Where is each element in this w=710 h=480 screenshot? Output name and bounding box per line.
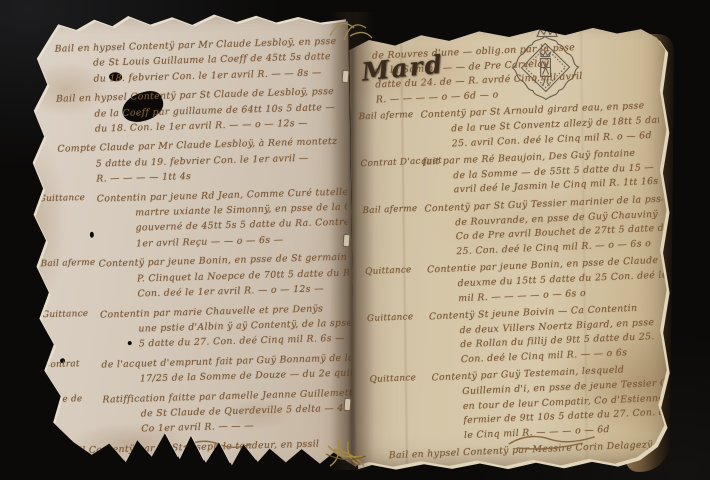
entry-margin-label: teste de xyxy=(44,393,102,405)
entry-margin-label: Guittance xyxy=(367,312,425,324)
binding-thread-tuft xyxy=(308,432,384,478)
register-entry: Bail afermeContentÿ par St Guÿ Tessier m… xyxy=(362,193,664,264)
entry-margin-label: Bail aferme xyxy=(358,110,416,122)
ink-flourish xyxy=(181,437,255,452)
left-page: Bail en hypsel Contentÿ par Mr Claude Le… xyxy=(26,11,356,473)
register-entry: GuittanceContentin par marie Chauvelle e… xyxy=(42,300,351,355)
entry-margin-label: Bail aferme xyxy=(41,258,99,270)
entry-margin-label: Contrat xyxy=(43,358,101,370)
entry-margin-label: Quittance xyxy=(365,265,423,277)
register-entry: Bail en hypsel Contentÿ par St Claude de… xyxy=(36,84,345,139)
entry-margin-label: Quittance xyxy=(369,373,427,385)
register-entry: Compte Claude par Mr Claude Lesbloÿ, à R… xyxy=(37,134,346,189)
register-entry: Bail en hypsel Contentÿ par Mr Claude Le… xyxy=(34,34,343,89)
right-page: Mard de Rouvres d'une — oblig.on par la … xyxy=(349,20,673,472)
binding-thread-tuft xyxy=(322,2,378,44)
entry-margin-label: Bail aferme xyxy=(362,204,420,216)
left-page-entries: Bail en hypsel Contentÿ par Mr Claude Le… xyxy=(24,10,358,460)
binding-stitch xyxy=(343,234,351,247)
register-entry: GuittanceContentÿ St jeune Boivin — Ca C… xyxy=(367,301,669,372)
binding-stitch xyxy=(344,398,352,411)
ink-flourish xyxy=(505,433,601,452)
register-entry: GuittanceContentin par jeune Rd Jean, Co… xyxy=(39,184,349,254)
register-entry: Bail afermeContentÿ par jeune Bonin, en … xyxy=(40,250,349,305)
binding-stitch xyxy=(342,70,350,83)
entry-margin-label: Guittance xyxy=(42,308,100,320)
manuscript-spread-photo: Mard de Rouvres d'une — oblig.on par la … xyxy=(0,0,710,480)
entry-margin-label: Guittance xyxy=(39,192,97,204)
register-entry: Contratde l'acquet d'emprunt fait par Gu… xyxy=(43,350,352,389)
entry-margin-label: Contrat D'acquet xyxy=(360,157,418,169)
